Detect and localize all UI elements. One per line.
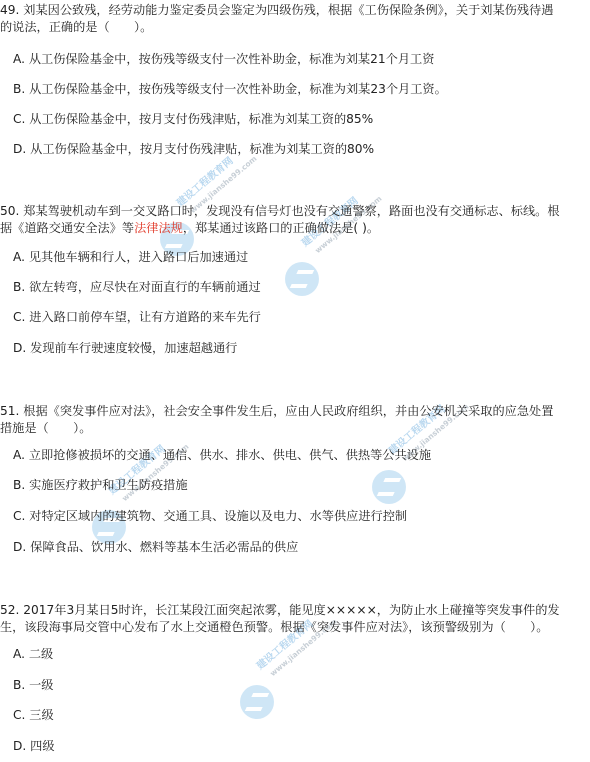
option-a: A. 立即抢修被损坏的交通、通信、供水、排水、供电、供气、供热等公共设施 [13,447,431,464]
question-stem: 的说法，正确的是（ ）。 [0,19,152,36]
question-stem: 生，该段海事局交管中心发布了水上交通橙色预警。根据《突发事件应对法》，该预警级别… [0,619,548,636]
option-c: C. 从工伤保险基金中，按月支付伤残津贴，标准为刘某工资的85% [13,111,373,128]
question-stem: 52. 2017年3月某日5时许，长江某段江面突起浓雾，能见度×××××，为防止… [0,602,560,619]
option-c: C. 三级 [13,707,54,724]
option-a: A. 见其他车辆和行人，进入路口后加速通过 [13,249,248,266]
stem-text: 据《道路交通安全法》等 [0,221,134,235]
watermark-circle-icon [372,470,406,504]
watermark-circle-icon [240,685,274,719]
stem-text: ，郑某通过该路口的正确做法是( )。 [183,221,379,235]
option-a: A. 从工伤保险基金中，按伤残等级支付一次性补助金，标准为刘某21个月工资 [13,51,434,68]
watermark-circle-icon [285,262,319,296]
question-stem: 据《道路交通安全法》等法律法规，郑某通过该路口的正确做法是( )。 [0,220,379,237]
option-d: D. 发现前车行驶速度较慢，加速超越通行 [13,340,237,357]
option-d: D. 四级 [13,738,55,755]
option-b: B. 实施医疗救护和卫生防疫措施 [13,477,188,494]
question-stem: 措施是（ ）。 [0,420,91,437]
question-stem: 50. 郑某驾驶机动车到一交叉路口时，发现没有信号灯也没有交通警察，路面也没有交… [0,203,560,220]
option-c: C. 对特定区域内的建筑物、交通工具、设施以及电力、水等供应进行控制 [13,508,407,525]
option-a: A. 二级 [13,646,53,663]
option-d: D. 从工伤保险基金中，按月支付伤残津贴，标准为刘某工资的80% [13,141,374,158]
question-stem: 49. 刘某因公致残，经劳动能力鉴定委员会鉴定为四级伤残，根据《工伤保险条例》，… [0,2,553,19]
option-b: B. 一级 [13,677,53,694]
option-b: B. 从工伤保险基金中，按伤残等级支付一次性补助金，标准为刘某23个月工资。 [13,81,447,98]
option-c: C. 进入路口前停车望，让有方道路的来车先行 [13,309,261,326]
law-link[interactable]: 法律法规 [134,221,183,235]
question-stem: 51. 根据《突发事件应对法》，社会安全事件发生后，应由人民政府组织，并由公安机… [0,403,553,420]
watermark-brand: 建设工程教育网 [172,153,235,209]
option-b: B. 欲左转弯，应尽快在对面直行的车辆前通过 [13,279,261,296]
option-d: D. 保障食品、饮用水、燃料等基本生活必需品的供应 [13,539,298,556]
